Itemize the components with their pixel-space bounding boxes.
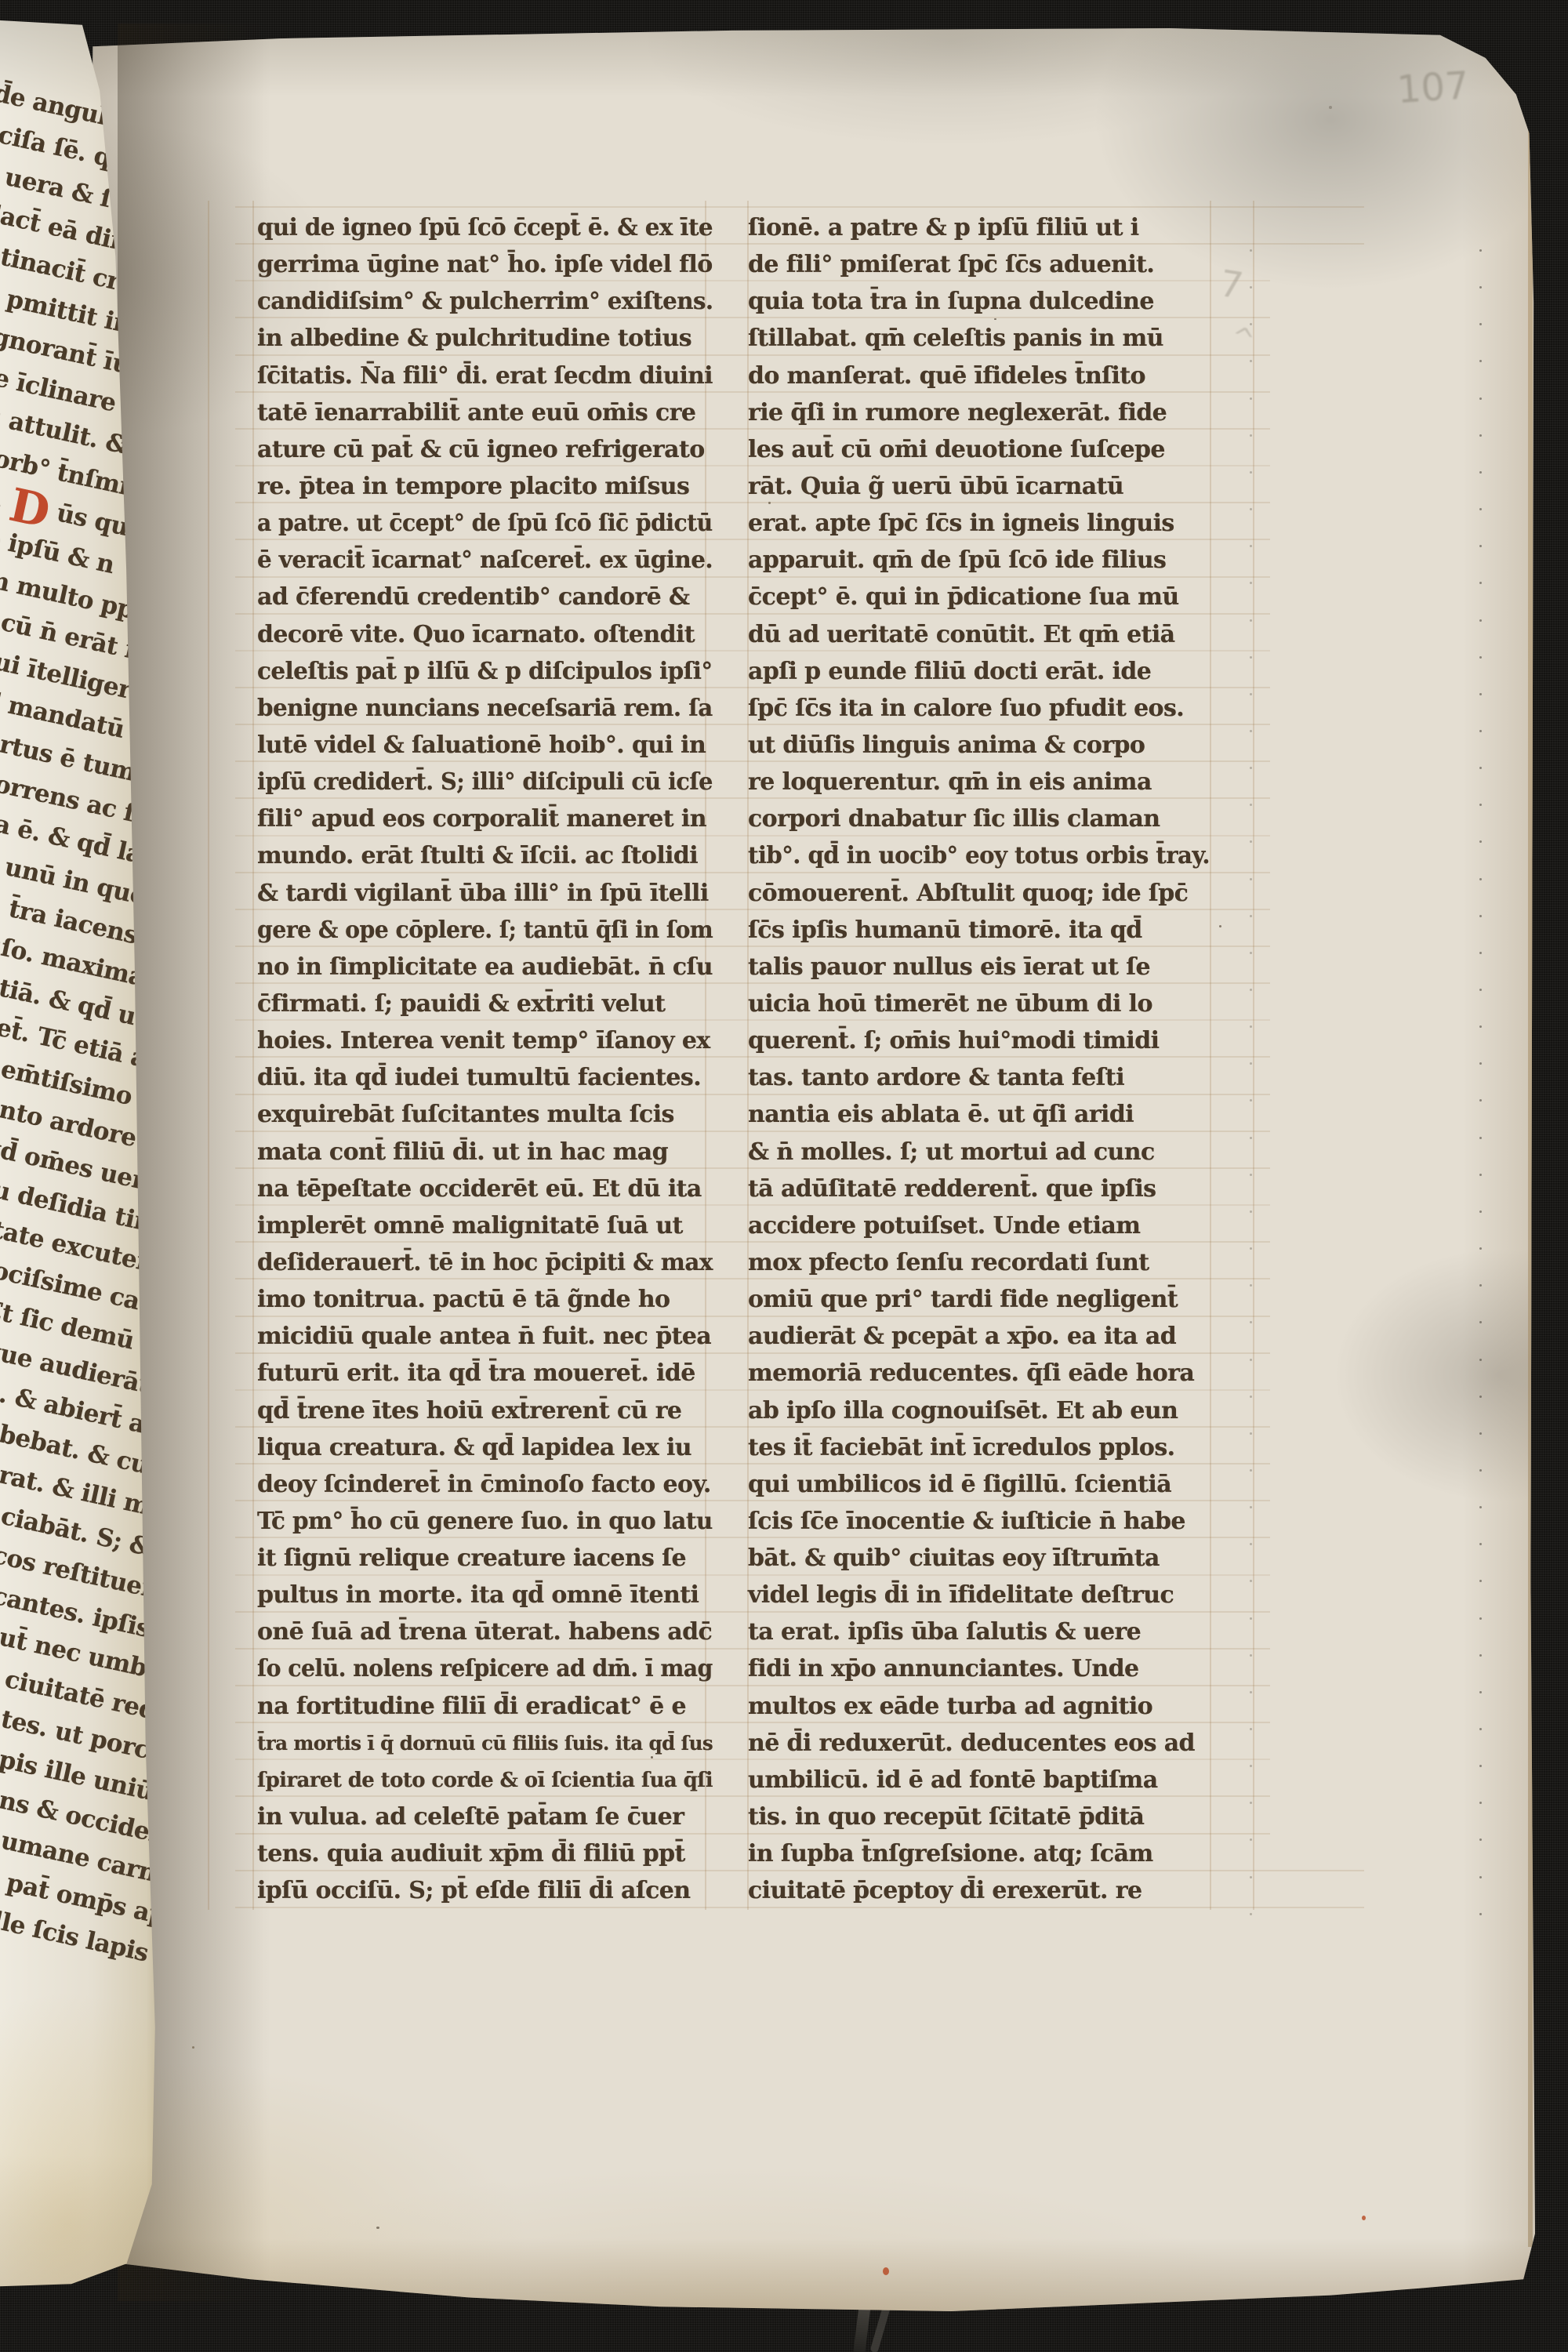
parchment-speck [192,2046,194,2049]
text-line: de fili° pmiſerat ſpc̄ ſc̄s aduenit. [748,247,1210,284]
text-line: fidi in xp̄o annunciantes. Unde [748,1651,1210,1688]
text-line: ſionē. a patre & p ipſū filiū ut i [748,210,1210,247]
text-line: memoriā reducentes. q̄ſi eāde hora [748,1356,1210,1392]
text-line: corpori dnabatur ſic illis claman [748,801,1210,838]
manuscript-photo: ſd̄e angulus pp̄t ncciſa ſē. quia in cs … [0,0,1568,2352]
text-line: erat. apte ſpc̄ ſc̄s in igneis linguis [748,506,1210,543]
text-line: quia tota t̄ra in ſupna dulcedine [748,284,1210,321]
text-line: accidere potuiſset. Unde etiam [748,1208,1210,1245]
text-line: ē veracit̄ īcarnat° naſceret̄. ex ūgine. [257,543,704,579]
text-column-1: qui de igneo ſpū ſcō c̄cept̄ ē. & ex īte… [257,210,713,1910]
text-line: ſcis ſc̄e īnocentie & iuſticie n̄ habe [748,1504,1210,1541]
text-line: a patre. ut c̄cept° de ſpū ſcō ſic̄ p̄di… [257,506,686,543]
text-line: onē ſuā ad t̄rena ūterat. habens adc̄ [257,1614,713,1651]
text-line: futurū erit. ita qd̄ t̄ra moueret̄. idē [257,1356,713,1392]
text-line: tis. in quo recepūt ſc̄itatē p̄ditā [748,1799,1210,1836]
text-line: benigne nuncians neceſsariā rem. ſa [257,691,703,728]
text-line: diū. ita qd̄ iudei tumultū facientes. [257,1060,713,1097]
text-line: rie q̄ſi in rumore neglexerāt. fide [748,395,1210,432]
text-line: tes it̄ faciebāt int̄ īcredulos pplos. [748,1430,1210,1467]
text-line: apſi p eunde filiū docti erāt. ide [748,654,1210,691]
text-line: tib°. qd̄ in uocib° eoy totus orbis t̄ra… [748,838,1197,875]
text-line: c̄firmati. ſ; pauidi & ext̄riti velut [257,986,713,1023]
text-line: re. p̄tea in tempore placito miſsus [257,469,713,506]
text-column-2: ſionē. a patre & p ipſū filiū ut ide fil… [748,210,1210,1910]
text-line: mata cont̄ filiū d̄i. ut in hac mag [257,1134,713,1171]
text-line: ſpc̄ ſc̄s ita in calore ſuo pfudit eos. [748,691,1210,728]
text-line: hoies. Interea venit temp° īſanoy ex [257,1023,713,1060]
text-line: ſc̄s ipſis humanū timorē. ita qd̄ [748,913,1210,949]
text-line: talis pauor nullus eis īerat ut ſe [748,949,1210,986]
text-line: re loquerentur. qm̄ in eis anima [748,764,1210,801]
text-line: lutē videl & ſaluationē hoib°. qui in [257,728,713,764]
text-line: nantia eis ablata ē. ut q̄ſi aridi [748,1097,1210,1134]
text-line: omiū que pri° tardi fide negligent̄ [748,1282,1210,1319]
text-line: uicia hoū timerēt ne ūbum di lo [748,986,1210,1023]
text-line: deoy ſcinderet̄ in c̄minoſo facto eoy. [257,1467,713,1504]
text-line: imo tonitrua. pactū ē tā g̃nde ho [257,1282,713,1319]
text-line: micidiū quale antea n̄ fuit. nec p̄tea [257,1319,713,1356]
text-line: gere & ope cōplere. ſ; tantū q̄ſi in ſom [257,913,688,949]
text-line: cōmouerent̄. Abſtulit quoq; ide ſpc̄ [748,876,1210,913]
parchment-speck [376,2227,379,2229]
text-line: fili° apud eos corporalit̄ maneret in [257,801,713,838]
text-line: na tēpeſtate occiderēt eū. Et dū ita [257,1171,713,1208]
text-line: decorē vite. Quo īcarnato. oſtendit [257,617,713,654]
text-line: multos ex eāde turba ad agnitio [748,1689,1210,1726]
text-line: tā adūſitatē redderent̄. que ipſis [748,1171,1210,1208]
text-line: umbilicū. id ē ad fontē baptiſma [748,1762,1210,1799]
text-line: ſc̄itatis. N̄a fili° d̄i. erat ſecdm diu… [257,358,706,395]
text-line: na fortitudine filiī d̄i eradicat° ē e [257,1689,713,1726]
text-line: in ſupba t̄nſgreſsione. atq; ſcām [748,1836,1210,1873]
text-line: ſo celū. nolens reſpicere ad dm̄. ī mag [257,1651,688,1688]
text-line: querent̄. ſ; om̄is hui°modi timidi [748,1023,1210,1060]
text-line: implerēt omnē malignitatē ſuā ut [257,1208,713,1245]
parchment-speck [651,1756,653,1759]
text-line: exquirebāt ſuſcitantes multa ſcis [257,1097,713,1134]
text-line: ipſū credidert̄. S; illi° diſcipuli cū i… [257,764,694,801]
text-line: ciuitatē p̄ceptoy d̄i erexerūt. re [748,1873,1210,1910]
text-line: mox pfecto ſenſu recordati ſunt [748,1245,1210,1282]
parchment-speck [768,502,771,504]
text-line: mundo. erāt ſtulti & īſcii. ac ſtolidi [257,838,713,875]
text-line: rāt. Quia g̃ uerū ūbū īcarnatū [748,469,1210,506]
text-line: ad c̄ferendū credentib° candorē & [257,579,713,616]
text-line: les aut̄ cū om̄i deuotione ſuſcepe [748,432,1210,469]
text-line: ſtillabat. qm̄ celeſtis panis in mū [748,321,1210,358]
text-line: celeſtis pat̄ p ilſū & p diſcipulos ipſi… [257,654,705,691]
text-line: bāt. & quib° ciuitas eoy īſtrum̄ta [748,1541,1210,1577]
text-line: in vulua. ad celeſtē pat̄am ſe c̄uer [257,1799,713,1836]
text-line: tens. quia audiuit xp̄m d̄i filiū ppt̄ [257,1836,713,1873]
text-line: ature cū pat̄ & cū igneo refrigerato [257,432,713,469]
text-line: & tardi vigilant̄ ūba illi° in ſpū ītell… [257,876,713,913]
text-line: do manſerat. quē īfideles t̄nſito [748,358,1210,395]
folio-number: 107 [1396,64,1470,112]
parchment-speck [1219,925,1221,927]
text-line: qui de igneo ſpū ſcō c̄cept̄ ē. & ex īte [257,210,702,247]
text-line: ab ipſo illa cognouiſsēt. Et ab eun [748,1393,1210,1430]
text-line: c̄cept° ē. qui in p̄dicatione ſua mū [748,579,1210,616]
text-line: in albedine & pulchritudine totius [257,321,713,358]
text-line: videl legis d̄i in īfidelitate deſtruc [748,1577,1210,1614]
text-line: pultus in morte. ita qd̄ omnē ītenti [257,1577,713,1614]
text-line: it ſignū relique creature iacens ſe [257,1541,713,1577]
text-line: gerrima ūgine nat° h̄o. ipſe videl flō [257,247,713,284]
text-line: audierāt & pcepāt a xp̄o. ea ita ad [748,1319,1210,1356]
text-line: dū ad ueritatē conūtit. Et qm̄ etiā [748,617,1210,654]
parchment-speck [883,2267,889,2275]
parchment-speck [1362,2216,1366,2220]
text-line: deſiderauert̄. tē in hoc p̄cipiti & max [257,1245,704,1282]
parchment-speck [994,318,996,320]
text-line: tatē īenarrabilit̄ ante euū om̄is cre [257,395,713,432]
text-line: ipſū occiſū. S; pt̄ eſde filiī d̄i aſcen [257,1873,713,1910]
text-line: no in ſimplicitate ea audiebāt. n̄ cſu [257,949,712,986]
text-line: candidiſsim° & pulcherrim° exiſtens. [257,284,702,321]
text-line: qd̄ t̄rene ītes hoiū ext̄rerent̄ cū re [257,1393,713,1430]
text-line: t̄ra mortis ī q̄ dornuū cū filiis ſuis. … [257,1726,704,1762]
text-line: tas. tanto ardore & tanta feſti [748,1060,1210,1097]
text-line: ut diūſis linguis anima & corpo [748,728,1210,764]
text-line: apparuit. qm̄ de ſpū ſcō ide filius [748,543,1210,579]
parchment-speck [304,1189,307,1192]
text-line: liqua creatura. & qd̄ lapidea lex iu [257,1430,713,1467]
text-line: ſpiraret de toto corde & oī ſcientia ſua… [257,1762,713,1799]
text-line: ta erat. ipſis ūba ſalutis & uere [748,1614,1210,1651]
text-line: Tc̄ pm° h̄o cū genere ſuo. in quo latu [257,1504,704,1541]
text-line: & n̄ molles. ſ; ut mortui ad cunc [748,1134,1210,1171]
parchment-speck [1329,106,1332,109]
text-line: nē d̄i reduxerūt. deducentes eos ad [748,1726,1210,1762]
text-line: qui umbilicos id ē ſigillū. ſcientiā [748,1467,1210,1504]
